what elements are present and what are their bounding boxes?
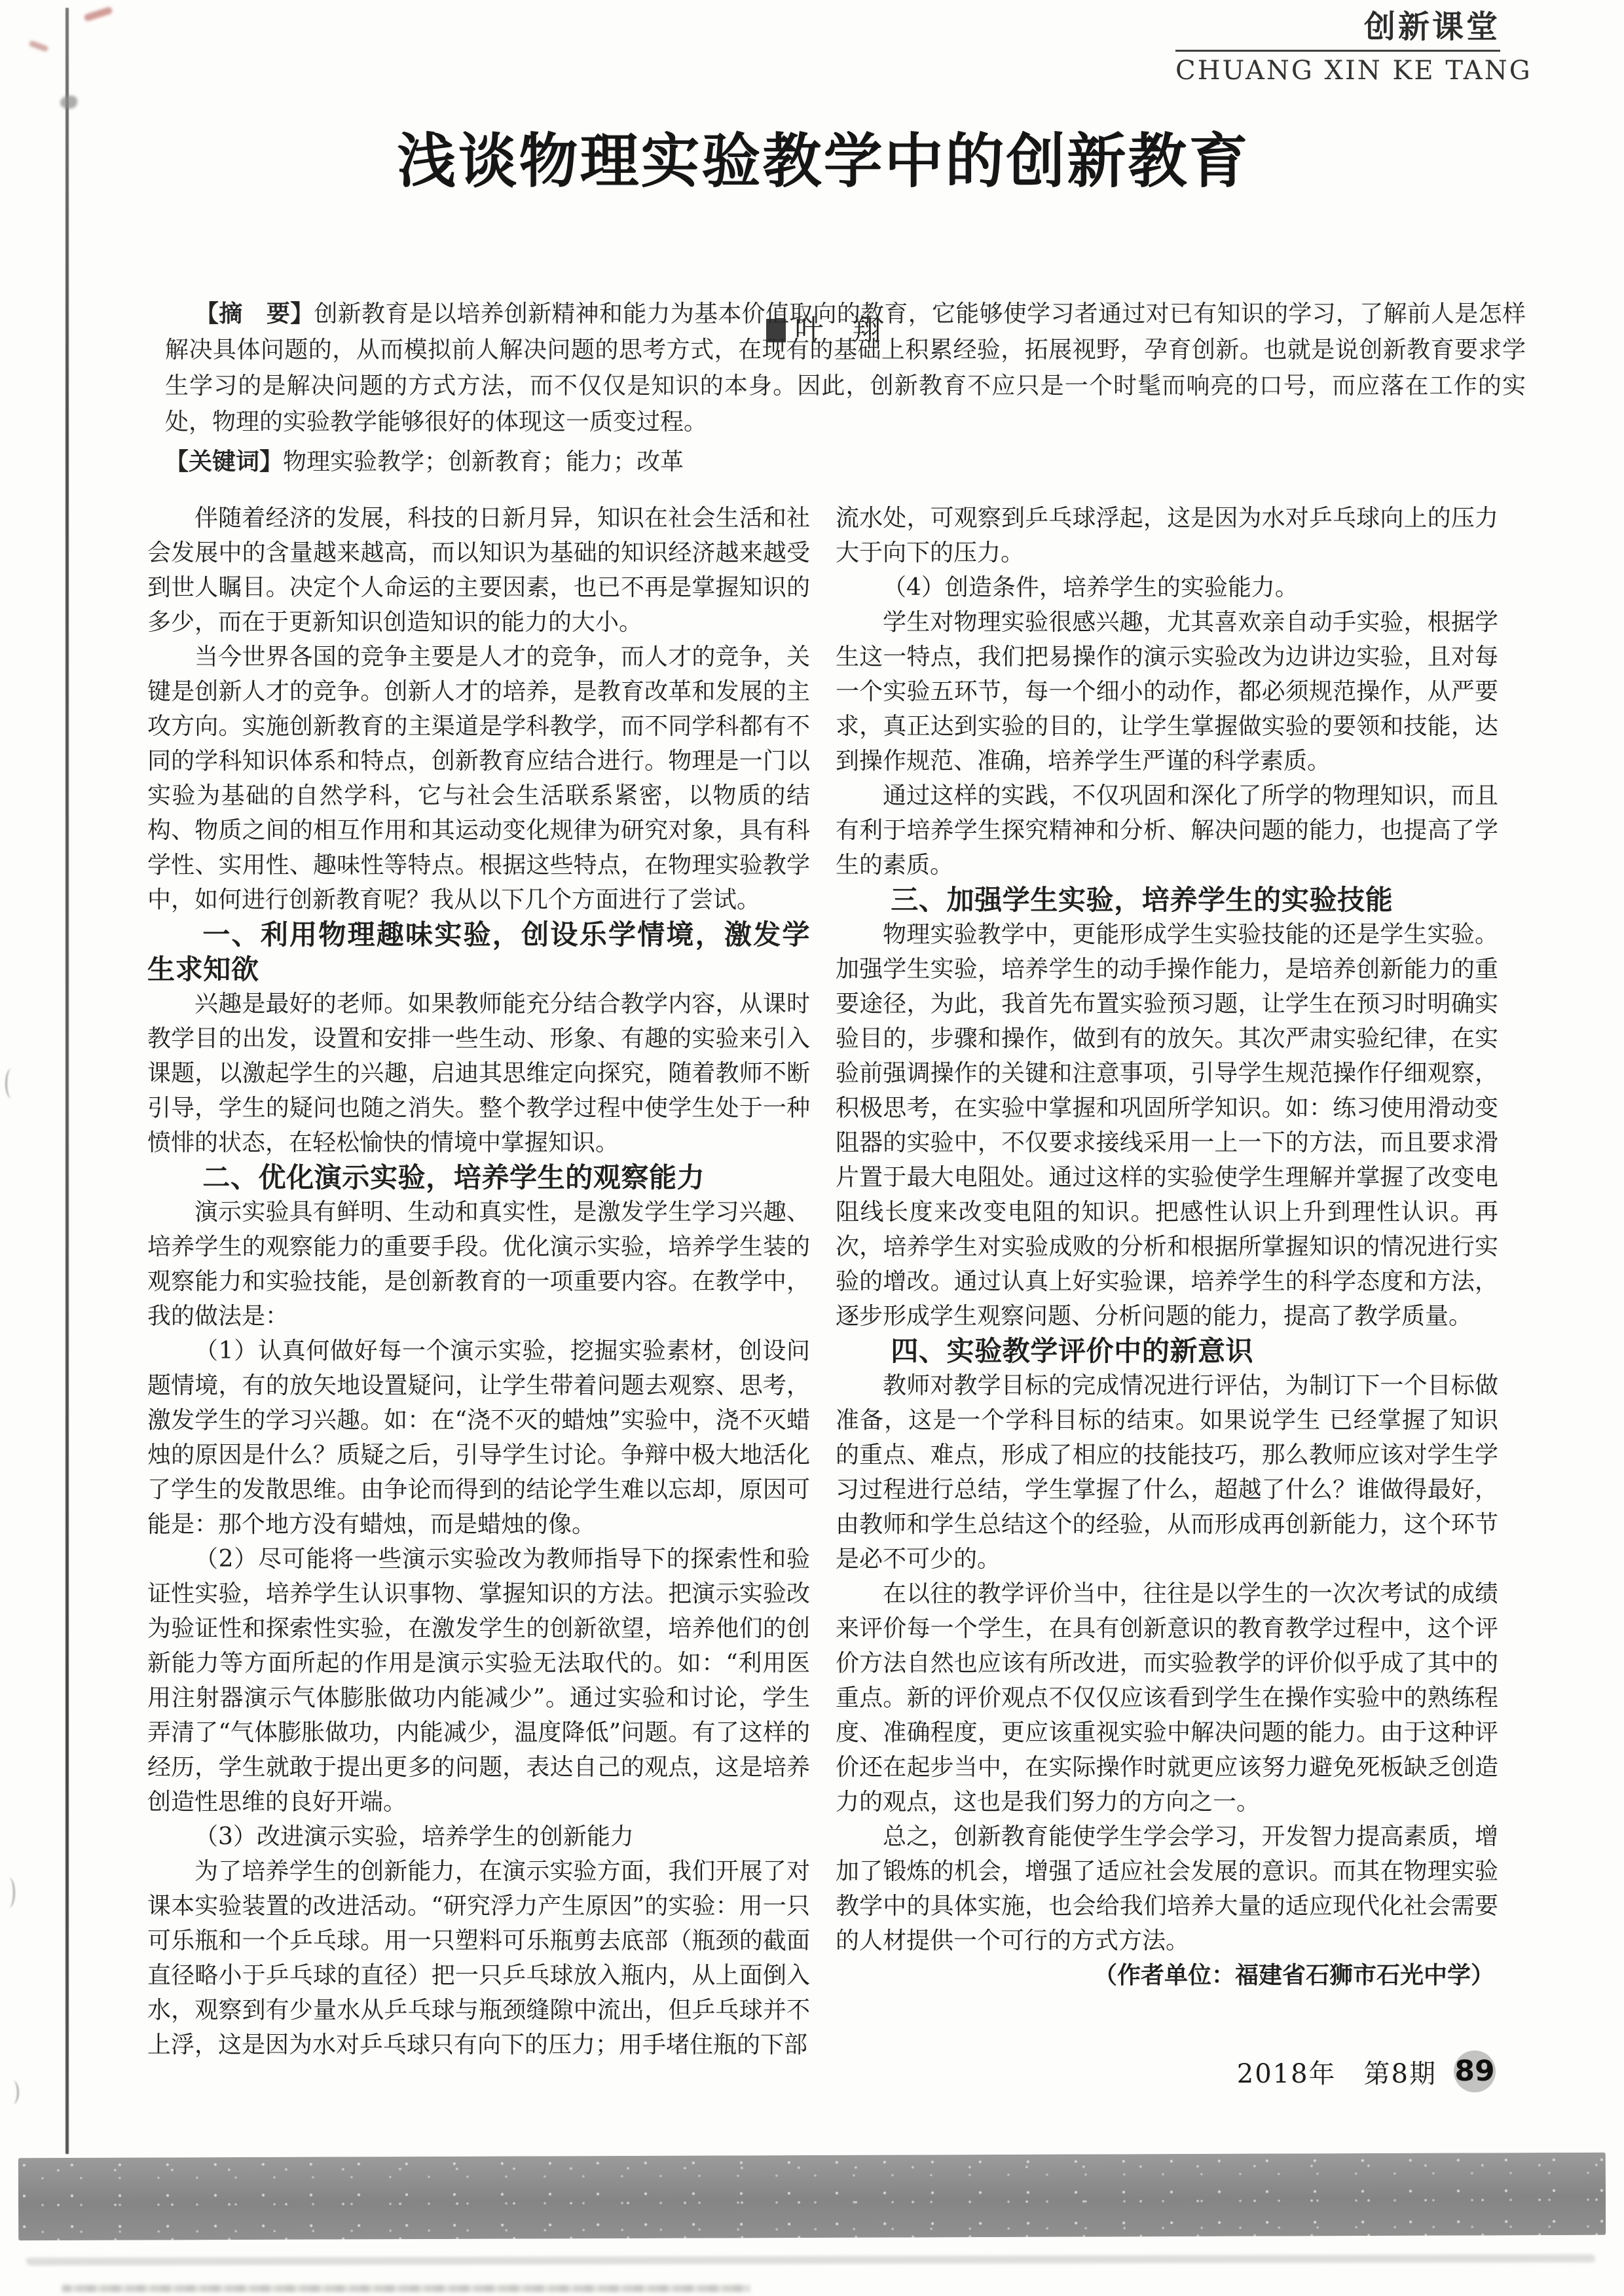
paragraph: 当今世界各国的竞争主要是人才的竞争，而人才的竞争，关键是创新人才的竞争。创新人才… (147, 640, 810, 917)
section-heading-4: 四、实验教学评价中的新意识 (836, 1334, 1498, 1368)
left-column: 伴随着经济的发展，科技的日新月异，知识在社会生活和社会发展中的含量越来越高，而以… (147, 501, 810, 2062)
section-heading-2: 二、优化演示实验，培养学生的观察能力 (147, 1160, 810, 1195)
column-name-pinyin: CHUANG XIN KE TANG (1175, 56, 1500, 86)
section-heading-3: 三、加强学生实验，培养学生的实验技能 (836, 883, 1498, 917)
paragraph: 学生对物理实验很感兴趣，尤其喜欢亲自动手实验，根据学生这一特点，我们把易操作的演… (836, 605, 1498, 778)
issue-info: 2018年 第8期 (1237, 2053, 1437, 2090)
page-footer: 2018年 第8期 89 (1237, 2050, 1496, 2092)
paragraph: 在以往的教学评价当中，往往是以学生的一次次考试的成绩来评价每一个学生，在具有创新… (836, 1576, 1498, 1819)
scan-blot (60, 96, 77, 109)
article-title: 浅谈物理实验教学中的创新教育 (147, 126, 1500, 198)
scan-margin-mark (3, 1878, 15, 1908)
abstract-text: 创新教育是以培养创新精神和能力为基本价值取向的教育，它能够使学习者通过对已有知识… (165, 301, 1526, 435)
author-affiliation: （作者单位：福建省石狮市石光中学） (836, 1958, 1498, 1993)
binding-spine-line (65, 8, 69, 2154)
paragraph: 物理实验教学中，更能形成学生实验技能的还是学生实验。加强学生实验，培养学生的动手… (836, 917, 1498, 1334)
header-divider (1175, 50, 1500, 52)
paragraph: （1）认真何做好每一个演示实验，挖掘实验素材，创设问题情境，有的放矢地设置疑问，… (147, 1334, 810, 1542)
paragraph: 教师对教学目标的完成情况进行评估，为制订下一个目标做准备，这是一个学科目标的结束… (836, 1368, 1498, 1576)
right-column: 流水处，可观察到乒乓球浮起，这是因为水对乒乓球向上的压力大于向下的压力。 （4）… (836, 501, 1498, 1993)
scan-page-edge (26, 2254, 1595, 2265)
paragraph: 伴随着经济的发展，科技的日新月异，知识在社会生活和社会发展中的含量越来越高，而以… (147, 501, 810, 640)
paragraph: （2）尽可能将一些演示实验改为教师指导下的探索性和验证性实验，培养学生认识事物、… (147, 1542, 810, 1819)
pen-mark (83, 6, 113, 22)
page-number-badge: 89 (1454, 2050, 1496, 2092)
paragraph: 为了培养学生的创新能力，在演示实验方面，我们开展了对课本实验装置的改进活动。“研… (147, 1854, 810, 2062)
paragraph: 总之，创新教育能使学生学会学习，开发智力提高素质，增加了锻炼的机会，增强了适应社… (836, 1819, 1498, 1958)
abstract-label: 【摘 要】 (195, 301, 314, 327)
keywords: 【关键词】物理实验教学；创新教育；能力；改革 (165, 444, 1526, 480)
paragraph: （4）创造条件，培养学生的实验能力。 (836, 570, 1498, 605)
keywords-label: 【关键词】 (165, 448, 283, 475)
keywords-text: 物理实验教学；创新教育；能力；改革 (283, 448, 684, 475)
scan-margin-mark (7, 2081, 19, 2104)
paragraph: 流水处，可观察到乒乓球浮起，这是因为水对乒乓球向上的压力大于向下的压力。 (836, 501, 1498, 570)
pen-mark (28, 40, 48, 52)
scan-margin-mark (5, 1068, 18, 1099)
abstract: 【摘 要】创新教育是以培养创新精神和能力为基本价值取向的教育，它能够使学习者通过… (165, 296, 1526, 440)
scan-shadow-band (18, 2153, 1606, 2240)
section-heading-1: 一、利用物理趣味实验，创设乐学情境，激发学生求知欲 (147, 917, 810, 987)
paragraph: 演示实验具有鲜明、生动和真实性，是激发学生学习兴趣、培养学生的观察能力的重要手段… (147, 1195, 810, 1334)
paragraph: 兴趣是最好的老师。如果教师能充分结合教学内容，从课时教学目的出发，设置和安排一些… (147, 987, 810, 1160)
page-header: 创新课堂 CHUANG XIN KE TANG (1175, 9, 1500, 86)
paragraph: 通过这样的实践，不仅巩固和深化了所学的物理知识，而且有利于培养学生探究精神和分析… (836, 778, 1498, 883)
scan-noise-strip (62, 2285, 750, 2292)
paragraph: （3）改进演示实验，培养学生的创新能力 (147, 1819, 810, 1854)
column-name-chinese: 创新课堂 (1175, 9, 1500, 45)
